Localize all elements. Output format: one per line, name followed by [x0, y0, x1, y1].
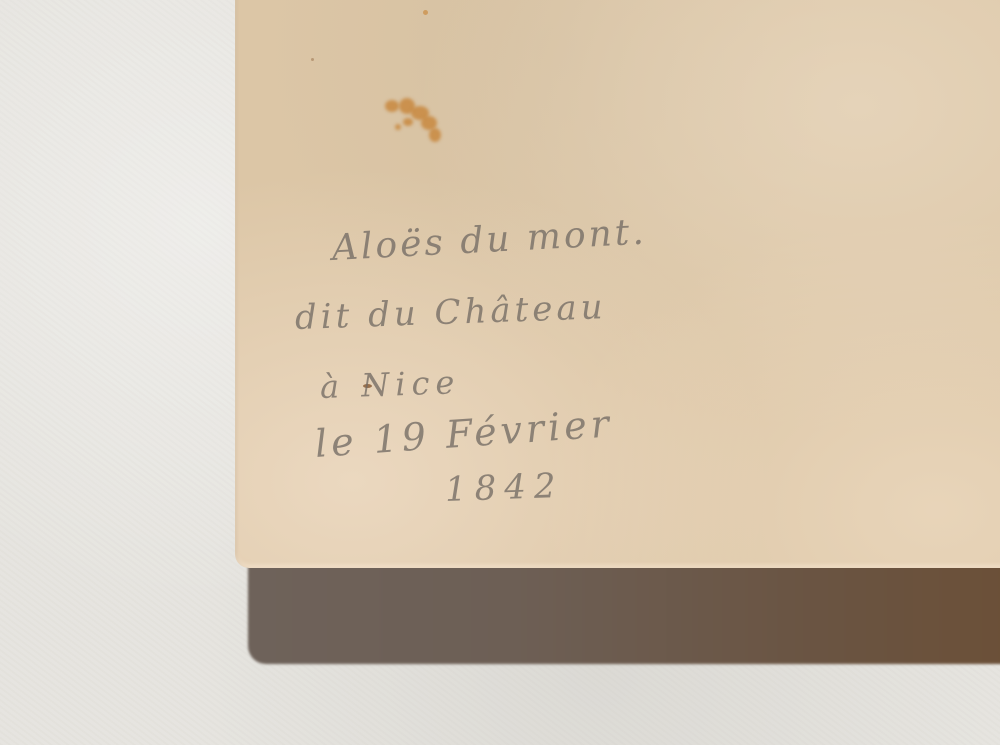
- inscription-line-year: 1842: [444, 466, 564, 510]
- inscription-line-place: à Nice: [319, 363, 461, 406]
- handwritten-inscription: Aloës du mont. dit du Château à Nice le …: [235, 0, 1000, 568]
- inscription-line-date: le 19 Février: [313, 401, 614, 466]
- paper-shadow: [248, 562, 1000, 664]
- inscription-line-subtitle: dit du Château: [294, 287, 607, 338]
- table-surface: Aloës du mont. dit du Château à Nice le …: [0, 0, 1000, 745]
- inscription-line-title: Aloës du mont.: [331, 212, 648, 269]
- aged-paper-sheet: Aloës du mont. dit du Château à Nice le …: [235, 0, 1000, 568]
